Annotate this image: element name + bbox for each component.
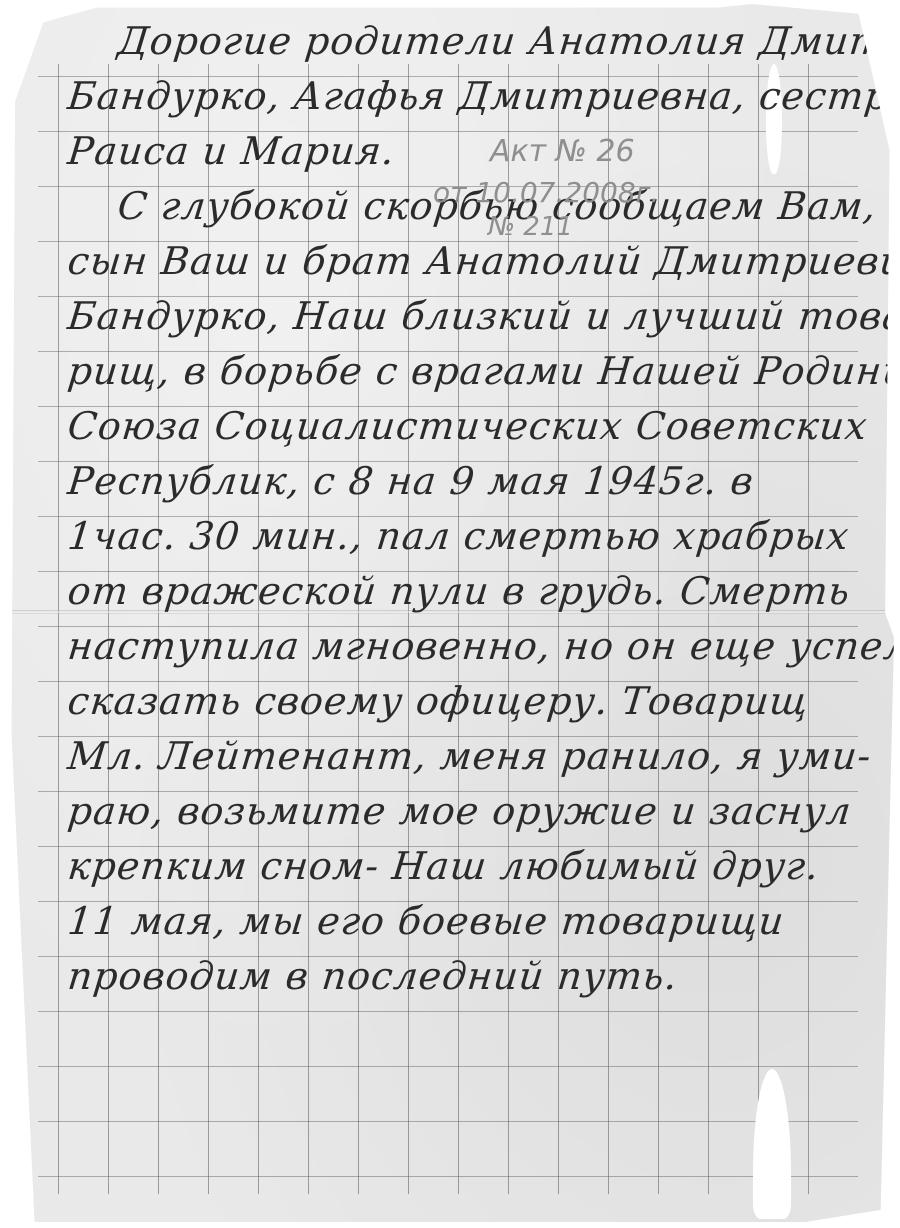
- letter-line: Бандурко, Агафья Дмитриевна, сестры: [65, 69, 871, 124]
- letter-line: проводим в последний путь.: [65, 949, 871, 1004]
- letter-paper: Дорогие родители Анатолия Дмитриевича Ба…: [8, 4, 894, 1222]
- letter-line: Республик, с 8 на 9 мая 1945г. в: [65, 454, 871, 509]
- letter-line: Дорогие родители Анатолия Дмитриевича: [65, 14, 871, 69]
- letter-line: от вражеской пули в грудь. Смерть: [65, 564, 871, 619]
- letter-line: 11 мая, мы его боевые товарищи: [65, 894, 871, 949]
- letter-line: раю, возьмите мое оружие и заснул: [65, 784, 871, 839]
- letter-line: 1час. 30 мин., пал смертью храбрых: [65, 509, 871, 564]
- letter-line: наступила мгновенно, но он еще успел: [65, 619, 871, 674]
- annotation-act: Акт № 26: [490, 134, 635, 169]
- annotation-date: от 10.07.2008г.: [433, 176, 659, 209]
- letter-line: сказать своему офицеру. Товарищ: [65, 674, 871, 729]
- letter-line: Мл. Лейтенант, меня ранило, я уми-: [65, 729, 871, 784]
- letter-line: рищ, в борьбе с врагами Нашей Родины-: [65, 344, 871, 399]
- letter-line: крепким сном- Наш любимый друг.: [65, 839, 871, 894]
- letter-line: Бандурко, Наш близкий и лучший това-: [65, 289, 871, 344]
- letter-line: Союза Социалистических Советских: [65, 399, 871, 454]
- letter-body: Дорогие родители Анатолия Дмитриевича Ба…: [68, 14, 868, 1004]
- letter-line: Раиса и Мария.: [65, 124, 871, 179]
- letter-line: сын Ваш и брат Анатолий Дмитриевич: [65, 234, 871, 289]
- annotation-number: № 211: [488, 212, 573, 242]
